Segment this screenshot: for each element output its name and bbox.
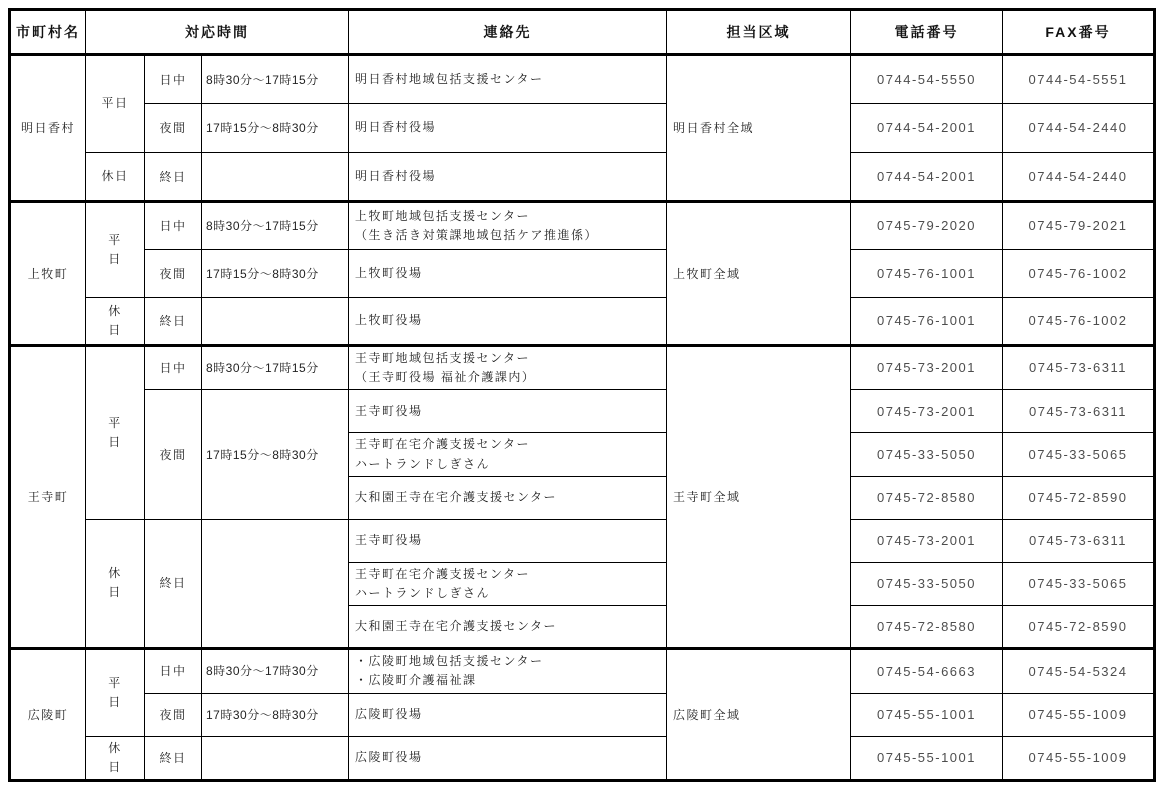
cell-fax: 0745-73-6311 — [1003, 519, 1155, 562]
cell-contact: 王寺町役場 — [349, 390, 667, 433]
cell-phone: 0745-54-6663 — [851, 649, 1003, 693]
cell-contact: 大和園王寺在宅介護支援センター — [349, 476, 667, 519]
cell-phone: 0744-54-2001 — [851, 104, 1003, 153]
table-row: 休 日 終日 上牧町役場 0745-76-1001 0745-76-1002 — [10, 298, 1155, 346]
cell-time-slot: 夜間 — [145, 104, 202, 153]
cell-day-type: 休 日 — [86, 736, 145, 780]
cell-time-slot: 終日 — [145, 519, 202, 648]
cell-municipality: 上牧町 — [10, 202, 86, 346]
municipal-contact-table: 市町村名 対応時間 連絡先 担当区域 電話番号 FAX番号 明日香村 平日 日中… — [8, 8, 1156, 782]
cell-contact: 明日香村地域包括支援センター — [349, 55, 667, 104]
cell-time-range: 8時30分～17時15分 — [202, 202, 349, 250]
cell-time-slot: 終日 — [145, 736, 202, 780]
table-row: 夜間 17時15分～8時30分 明日香村役場 0744-54-2001 0744… — [10, 104, 1155, 153]
cell-municipality: 明日香村 — [10, 55, 86, 202]
cell-time-slot: 夜間 — [145, 390, 202, 519]
cell-phone: 0745-55-1001 — [851, 736, 1003, 780]
header-municipality: 市町村名 — [10, 10, 86, 55]
section-kanmakicho: 上牧町 平 日 日中 8時30分～17時15分 上牧町地域包括支援センター （生… — [10, 202, 1155, 346]
cell-contact: 明日香村役場 — [349, 104, 667, 153]
cell-time-range: 8時30分～17時15分 — [202, 346, 349, 390]
cell-phone: 0745-73-2001 — [851, 346, 1003, 390]
table-row: 上牧町 平 日 日中 8時30分～17時15分 上牧町地域包括支援センター （生… — [10, 202, 1155, 250]
cell-contact: 上牧町役場 — [349, 250, 667, 298]
cell-day-type: 平日 — [86, 55, 145, 153]
cell-fax: 0744-54-5551 — [1003, 55, 1155, 104]
cell-time-slot: 終日 — [145, 153, 202, 202]
cell-contact: 王寺町在宅介護支援センター ハートランドしぎさん — [349, 433, 667, 476]
cell-day-type: 平 日 — [86, 202, 145, 298]
cell-fax: 0745-33-5065 — [1003, 433, 1155, 476]
cell-time-slot: 日中 — [145, 202, 202, 250]
cell-time-range — [202, 298, 349, 346]
cell-phone: 0745-72-8580 — [851, 606, 1003, 649]
cell-phone: 0745-33-5050 — [851, 433, 1003, 476]
cell-fax: 0745-76-1002 — [1003, 298, 1155, 346]
table-row: 夜間 17時15分～8時30分 上牧町役場 0745-76-1001 0745-… — [10, 250, 1155, 298]
cell-time-range: 17時30分～8時30分 — [202, 693, 349, 736]
header-area: 担当区域 — [667, 10, 851, 55]
cell-fax: 0745-55-1009 — [1003, 736, 1155, 780]
table-header: 市町村名 対応時間 連絡先 担当区域 電話番号 FAX番号 — [10, 10, 1155, 55]
cell-contact: 王寺町役場 — [349, 519, 667, 562]
cell-contact: 広陵町役場 — [349, 736, 667, 780]
cell-municipality: 王寺町 — [10, 346, 86, 649]
cell-time-slot: 日中 — [145, 649, 202, 693]
header-contact: 連絡先 — [349, 10, 667, 55]
cell-fax: 0745-72-8590 — [1003, 606, 1155, 649]
table-row: 明日香村 平日 日中 8時30分～17時15分 明日香村地域包括支援センター 明… — [10, 55, 1155, 104]
cell-area: 広陵町全域 — [667, 649, 851, 781]
cell-phone: 0745-72-8580 — [851, 476, 1003, 519]
cell-phone: 0745-79-2020 — [851, 202, 1003, 250]
cell-time-range: 17時15分～8時30分 — [202, 104, 349, 153]
cell-time-slot: 夜間 — [145, 250, 202, 298]
section-asukamura: 明日香村 平日 日中 8時30分～17時15分 明日香村地域包括支援センター 明… — [10, 55, 1155, 202]
header-fax: FAX番号 — [1003, 10, 1155, 55]
cell-contact: 上牧町地域包括支援センター （生き活き対策課地域包括ケア推進係） — [349, 202, 667, 250]
cell-area: 明日香村全域 — [667, 55, 851, 202]
table-row: 夜間 17時30分～8時30分 広陵町役場 0745-55-1001 0745-… — [10, 693, 1155, 736]
cell-time-range — [202, 736, 349, 780]
section-ojicho: 王寺町 平 日 日中 8時30分～17時15分 王寺町地域包括支援センター （王… — [10, 346, 1155, 649]
cell-contact: 明日香村役場 — [349, 153, 667, 202]
cell-contact: 広陵町役場 — [349, 693, 667, 736]
cell-contact: 王寺町地域包括支援センター （王寺町役場 福祉介護課内） — [349, 346, 667, 390]
cell-phone: 0745-76-1001 — [851, 298, 1003, 346]
cell-time-range: 17時15分～8時30分 — [202, 250, 349, 298]
table-row: 休 日 終日 広陵町役場 0745-55-1001 0745-55-1009 — [10, 736, 1155, 780]
cell-phone: 0745-73-2001 — [851, 519, 1003, 562]
cell-day-type: 休日 — [86, 153, 145, 202]
cell-contact: 大和園王寺在宅介護支援センター — [349, 606, 667, 649]
header-hours: 対応時間 — [86, 10, 349, 55]
cell-time-range — [202, 519, 349, 648]
cell-day-type: 平 日 — [86, 346, 145, 520]
cell-time-range: 17時15分～8時30分 — [202, 390, 349, 519]
cell-fax: 0744-54-2440 — [1003, 153, 1155, 202]
cell-contact: ・広陵町地域包括支援センター ・広陵町介護福祉課 — [349, 649, 667, 693]
cell-contact: 上牧町役場 — [349, 298, 667, 346]
cell-fax: 0745-73-6311 — [1003, 346, 1155, 390]
table-row: 広陵町 平 日 日中 8時30分～17時30分 ・広陵町地域包括支援センター ・… — [10, 649, 1155, 693]
cell-fax: 0745-33-5065 — [1003, 562, 1155, 605]
cell-day-type: 平 日 — [86, 649, 145, 736]
cell-fax: 0745-54-5324 — [1003, 649, 1155, 693]
cell-contact: 王寺町在宅介護支援センター ハートランドしぎさん — [349, 562, 667, 605]
document-page: 市町村名 対応時間 連絡先 担当区域 電話番号 FAX番号 明日香村 平日 日中… — [0, 0, 1164, 803]
cell-phone: 0744-54-5550 — [851, 55, 1003, 104]
cell-time-range: 8時30分～17時30分 — [202, 649, 349, 693]
cell-fax: 0745-79-2021 — [1003, 202, 1155, 250]
cell-time-slot: 日中 — [145, 346, 202, 390]
cell-municipality: 広陵町 — [10, 649, 86, 781]
header-row: 市町村名 対応時間 連絡先 担当区域 電話番号 FAX番号 — [10, 10, 1155, 55]
cell-phone: 0745-33-5050 — [851, 562, 1003, 605]
cell-time-slot: 終日 — [145, 298, 202, 346]
cell-fax: 0745-72-8590 — [1003, 476, 1155, 519]
cell-day-type: 休 日 — [86, 298, 145, 346]
cell-time-range: 8時30分～17時15分 — [202, 55, 349, 104]
cell-fax: 0745-55-1009 — [1003, 693, 1155, 736]
cell-time-slot: 夜間 — [145, 693, 202, 736]
table-row: 休日 終日 明日香村役場 0744-54-2001 0744-54-2440 — [10, 153, 1155, 202]
cell-phone: 0745-55-1001 — [851, 693, 1003, 736]
cell-time-range — [202, 153, 349, 202]
table-row: 休 日 終日 王寺町役場 0745-73-2001 0745-73-6311 — [10, 519, 1155, 562]
cell-area: 上牧町全域 — [667, 202, 851, 346]
cell-phone: 0744-54-2001 — [851, 153, 1003, 202]
cell-area: 王寺町全域 — [667, 346, 851, 649]
table-row: 王寺町 平 日 日中 8時30分～17時15分 王寺町地域包括支援センター （王… — [10, 346, 1155, 390]
section-koryocho: 広陵町 平 日 日中 8時30分～17時30分 ・広陵町地域包括支援センター ・… — [10, 649, 1155, 781]
cell-time-slot: 日中 — [145, 55, 202, 104]
cell-day-type: 休 日 — [86, 519, 145, 648]
cell-fax: 0744-54-2440 — [1003, 104, 1155, 153]
cell-fax: 0745-73-6311 — [1003, 390, 1155, 433]
header-phone: 電話番号 — [851, 10, 1003, 55]
table-row: 夜間 17時15分～8時30分 王寺町役場 0745-73-2001 0745-… — [10, 390, 1155, 433]
cell-phone: 0745-76-1001 — [851, 250, 1003, 298]
cell-phone: 0745-73-2001 — [851, 390, 1003, 433]
cell-fax: 0745-76-1002 — [1003, 250, 1155, 298]
